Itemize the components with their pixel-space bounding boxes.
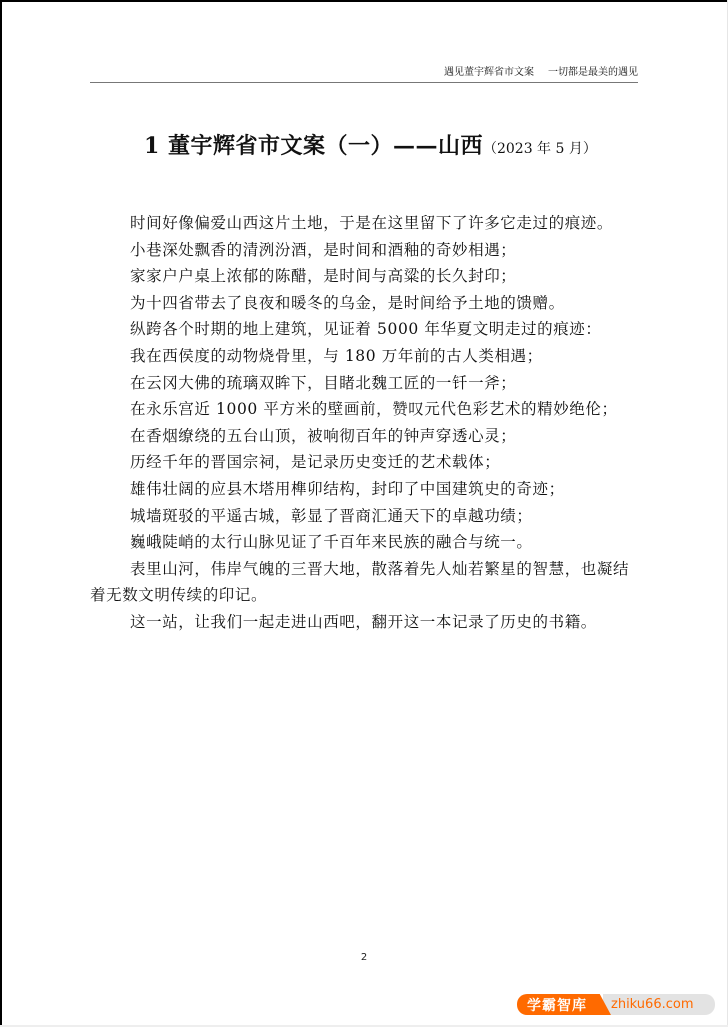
- page-border-left: [0, 0, 2, 1027]
- paragraph: 我在西侯度的动物烧骨里，与 180 万年前的古人类相遇；: [90, 343, 638, 370]
- paragraph: 纵跨各个时期的地上建筑，见证着 5000 年华夏文明走过的痕迹：: [90, 316, 638, 343]
- body-text: 时间好像偏爱山西这片土地，于是在这里留下了许多它走过的痕迹。 小巷深处飘香的清洌…: [90, 210, 638, 636]
- running-header-left: 遇见董宇辉省市文案: [444, 67, 534, 78]
- watermark-domain: zhiku66.com: [603, 994, 715, 1015]
- paragraph: 表里山河，伟岸气魄的三晋大地，散落着先人灿若繁星的智慧，也凝结着无数文明传续的印…: [90, 556, 638, 609]
- paragraph: 小巷深处飘香的清洌汾酒，是时间和酒釉的奇妙相遇；: [90, 237, 638, 264]
- paragraph: 时间好像偏爱山西这片土地，于是在这里留下了许多它走过的痕迹。: [90, 210, 638, 237]
- page-number: 2: [0, 952, 728, 963]
- chapter-date: （2023 年 5 月）: [483, 141, 597, 157]
- chapter-title: 1 董宇辉省市文案（一）——山西（2023 年 5 月）: [144, 130, 597, 165]
- page-border-top: [0, 0, 728, 2]
- paragraph: 家家户户桌上浓郁的陈醋，是时间与高粱的长久封印；: [90, 263, 638, 290]
- watermark-badge[interactable]: 学霸智库 zhiku66.com: [517, 994, 715, 1015]
- paragraph: 在云冈大佛的琉璃双眸下，目睹北魏工匠的一钎一斧；: [90, 370, 638, 397]
- paragraph: 巍峨陡峭的太行山脉见证了千百年来民族的融合与统一。: [90, 529, 638, 556]
- paragraph: 城墙斑驳的平遥古城，彰显了晋商汇通天下的卓越功绩；: [90, 503, 638, 530]
- paragraph: 为十四省带去了良夜和暖冬的乌金，是时间给予土地的馈赠。: [90, 290, 638, 317]
- paragraph: 历经千年的晋国宗祠，是记录历史变迁的艺术载体；: [90, 449, 638, 476]
- paragraph: 这一站，让我们一起走进山西吧，翻开这一本记录了历史的书籍。: [90, 609, 638, 636]
- header-rule: [90, 82, 638, 83]
- running-header: 遇见董宇辉省市文案一切都是最美的遇见: [90, 66, 638, 80]
- paragraph: 雄伟壮阔的应县木塔用榫卯结构，封印了中国建筑史的奇迹；: [90, 476, 638, 503]
- paragraph: 在香烟缭绕的五台山顶，被响彻百年的钟声穿透心灵；: [90, 423, 638, 450]
- watermark-brand: 学霸智库: [517, 994, 611, 1015]
- chapter-title-text: 1 董宇辉省市文案（一）——山西: [144, 133, 483, 159]
- running-header-right: 一切都是最美的遇见: [548, 67, 638, 78]
- paragraph: 在永乐宫近 1000 平方米的壁画前，赞叹元代色彩艺术的精妙绝伦；: [90, 396, 638, 423]
